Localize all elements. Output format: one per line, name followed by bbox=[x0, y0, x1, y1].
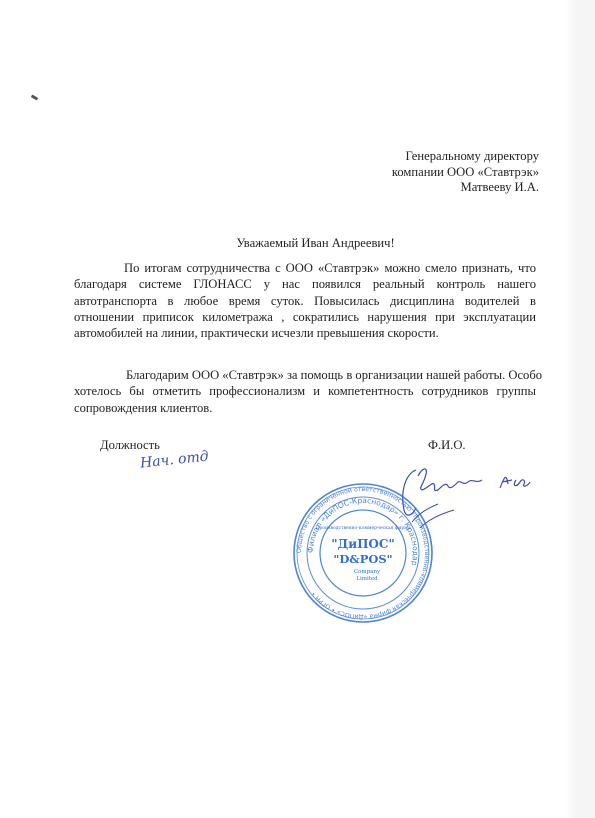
scan-artifact-mark bbox=[31, 94, 39, 100]
paragraph-line: автомобилей на линии, практически исчезл… bbox=[74, 325, 536, 341]
stamp-sub-2: Limited bbox=[356, 576, 378, 582]
salutation: Уважаемый Иван Андреевич! bbox=[0, 236, 595, 251]
stamp-name-ru: "ДиПОС" bbox=[331, 537, 394, 551]
paragraph-line: По итогам сотрудничества с ООО «Ставтрэк… bbox=[98, 260, 536, 276]
paragraph-line: хотелось бы отметить профессионализм и к… bbox=[74, 383, 536, 399]
name-label: Ф.И.О. bbox=[428, 438, 466, 453]
paragraph-line: отношении приписок километража , сократи… bbox=[74, 309, 536, 325]
paragraph-line: Благодарим ООО «Ставтрэк» за помощь в ор… bbox=[100, 367, 536, 383]
position-label: Должность bbox=[100, 438, 160, 453]
paragraph-2: Благодарим ООО «Ставтрэк» за помощь в ор… bbox=[100, 367, 536, 416]
company-stamp: Общество с ограниченной ответственностью… bbox=[292, 482, 434, 624]
addressee-line-name: Матвееву И.А. bbox=[392, 180, 539, 196]
stamp-center-small: Производственно-коммерческая фирма bbox=[316, 524, 411, 531]
letter-page: Генеральному директору компании ООО «Ста… bbox=[0, 0, 595, 818]
addressee-block: Генеральному директору компании ООО «Ста… bbox=[392, 149, 539, 196]
stamp-name-en: "D&POS" bbox=[333, 552, 392, 566]
addressee-line-position: Генеральному директору bbox=[392, 149, 539, 165]
paragraph-1: По итогам сотрудничества с ООО «Ставтрэк… bbox=[100, 260, 536, 341]
addressee-line-company: компании ООО «Ставтрэк» bbox=[392, 165, 539, 181]
paragraph-line: благодаря системе ГЛОНАСС у нас появился… bbox=[74, 276, 536, 292]
paragraph-line: автотранспорта в любое время суток. Повы… bbox=[74, 293, 536, 309]
scan-edge-shadow bbox=[565, 0, 595, 818]
stamp-sub-1: Company bbox=[354, 569, 381, 575]
paragraph-line: сопровождения клиентов. bbox=[74, 400, 536, 416]
